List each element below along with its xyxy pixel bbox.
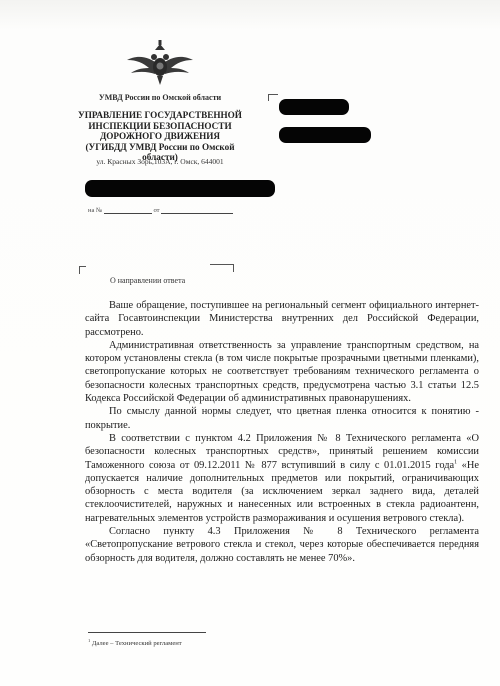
paragraph: В соответствии с пунктом 4.2 Приложения … [85, 432, 479, 525]
redacted-recipient-line-1 [279, 99, 349, 115]
subject-corner-right [210, 264, 234, 272]
paragraph: По смыслу данной нормы следует, что цвет… [85, 405, 479, 432]
redacted-recipient-line-2 [279, 127, 371, 143]
subject-corner-left [79, 266, 86, 274]
footnote-separator [88, 632, 206, 633]
double-headed-eagle-emblem-icon [127, 38, 193, 88]
reference-number-blank [104, 207, 152, 214]
address-corner-mark [268, 94, 278, 101]
letter-subject: О направлении ответа [110, 276, 185, 285]
reference-date-blank [161, 207, 233, 214]
redacted-outgoing-number [85, 180, 275, 197]
paragraph: Ваше обращение, поступившее на региональ… [85, 299, 479, 339]
letter-body: Ваше обращение, поступившее на региональ… [85, 299, 479, 565]
agency-name: УМВД России по Омской области [70, 93, 250, 102]
letter-page: УМВД России по Омской области УПРАВЛЕНИЕ… [0, 0, 500, 686]
department-name: УПРАВЛЕНИЕ ГОСУДАРСТВЕННОЙ ИНСПЕКЦИИ БЕЗ… [70, 110, 250, 163]
department-address: ул. Красных Зорь,103А, г. Омск, 644001 [70, 157, 250, 166]
footnote: 1 Далее – Технический регламент [88, 638, 182, 647]
paragraph: Административная ответственность за упра… [85, 339, 479, 405]
paragraph: Согласно пункту 4.3 Приложения № 8 Техни… [85, 525, 479, 565]
reference-line: на № от [88, 207, 233, 214]
